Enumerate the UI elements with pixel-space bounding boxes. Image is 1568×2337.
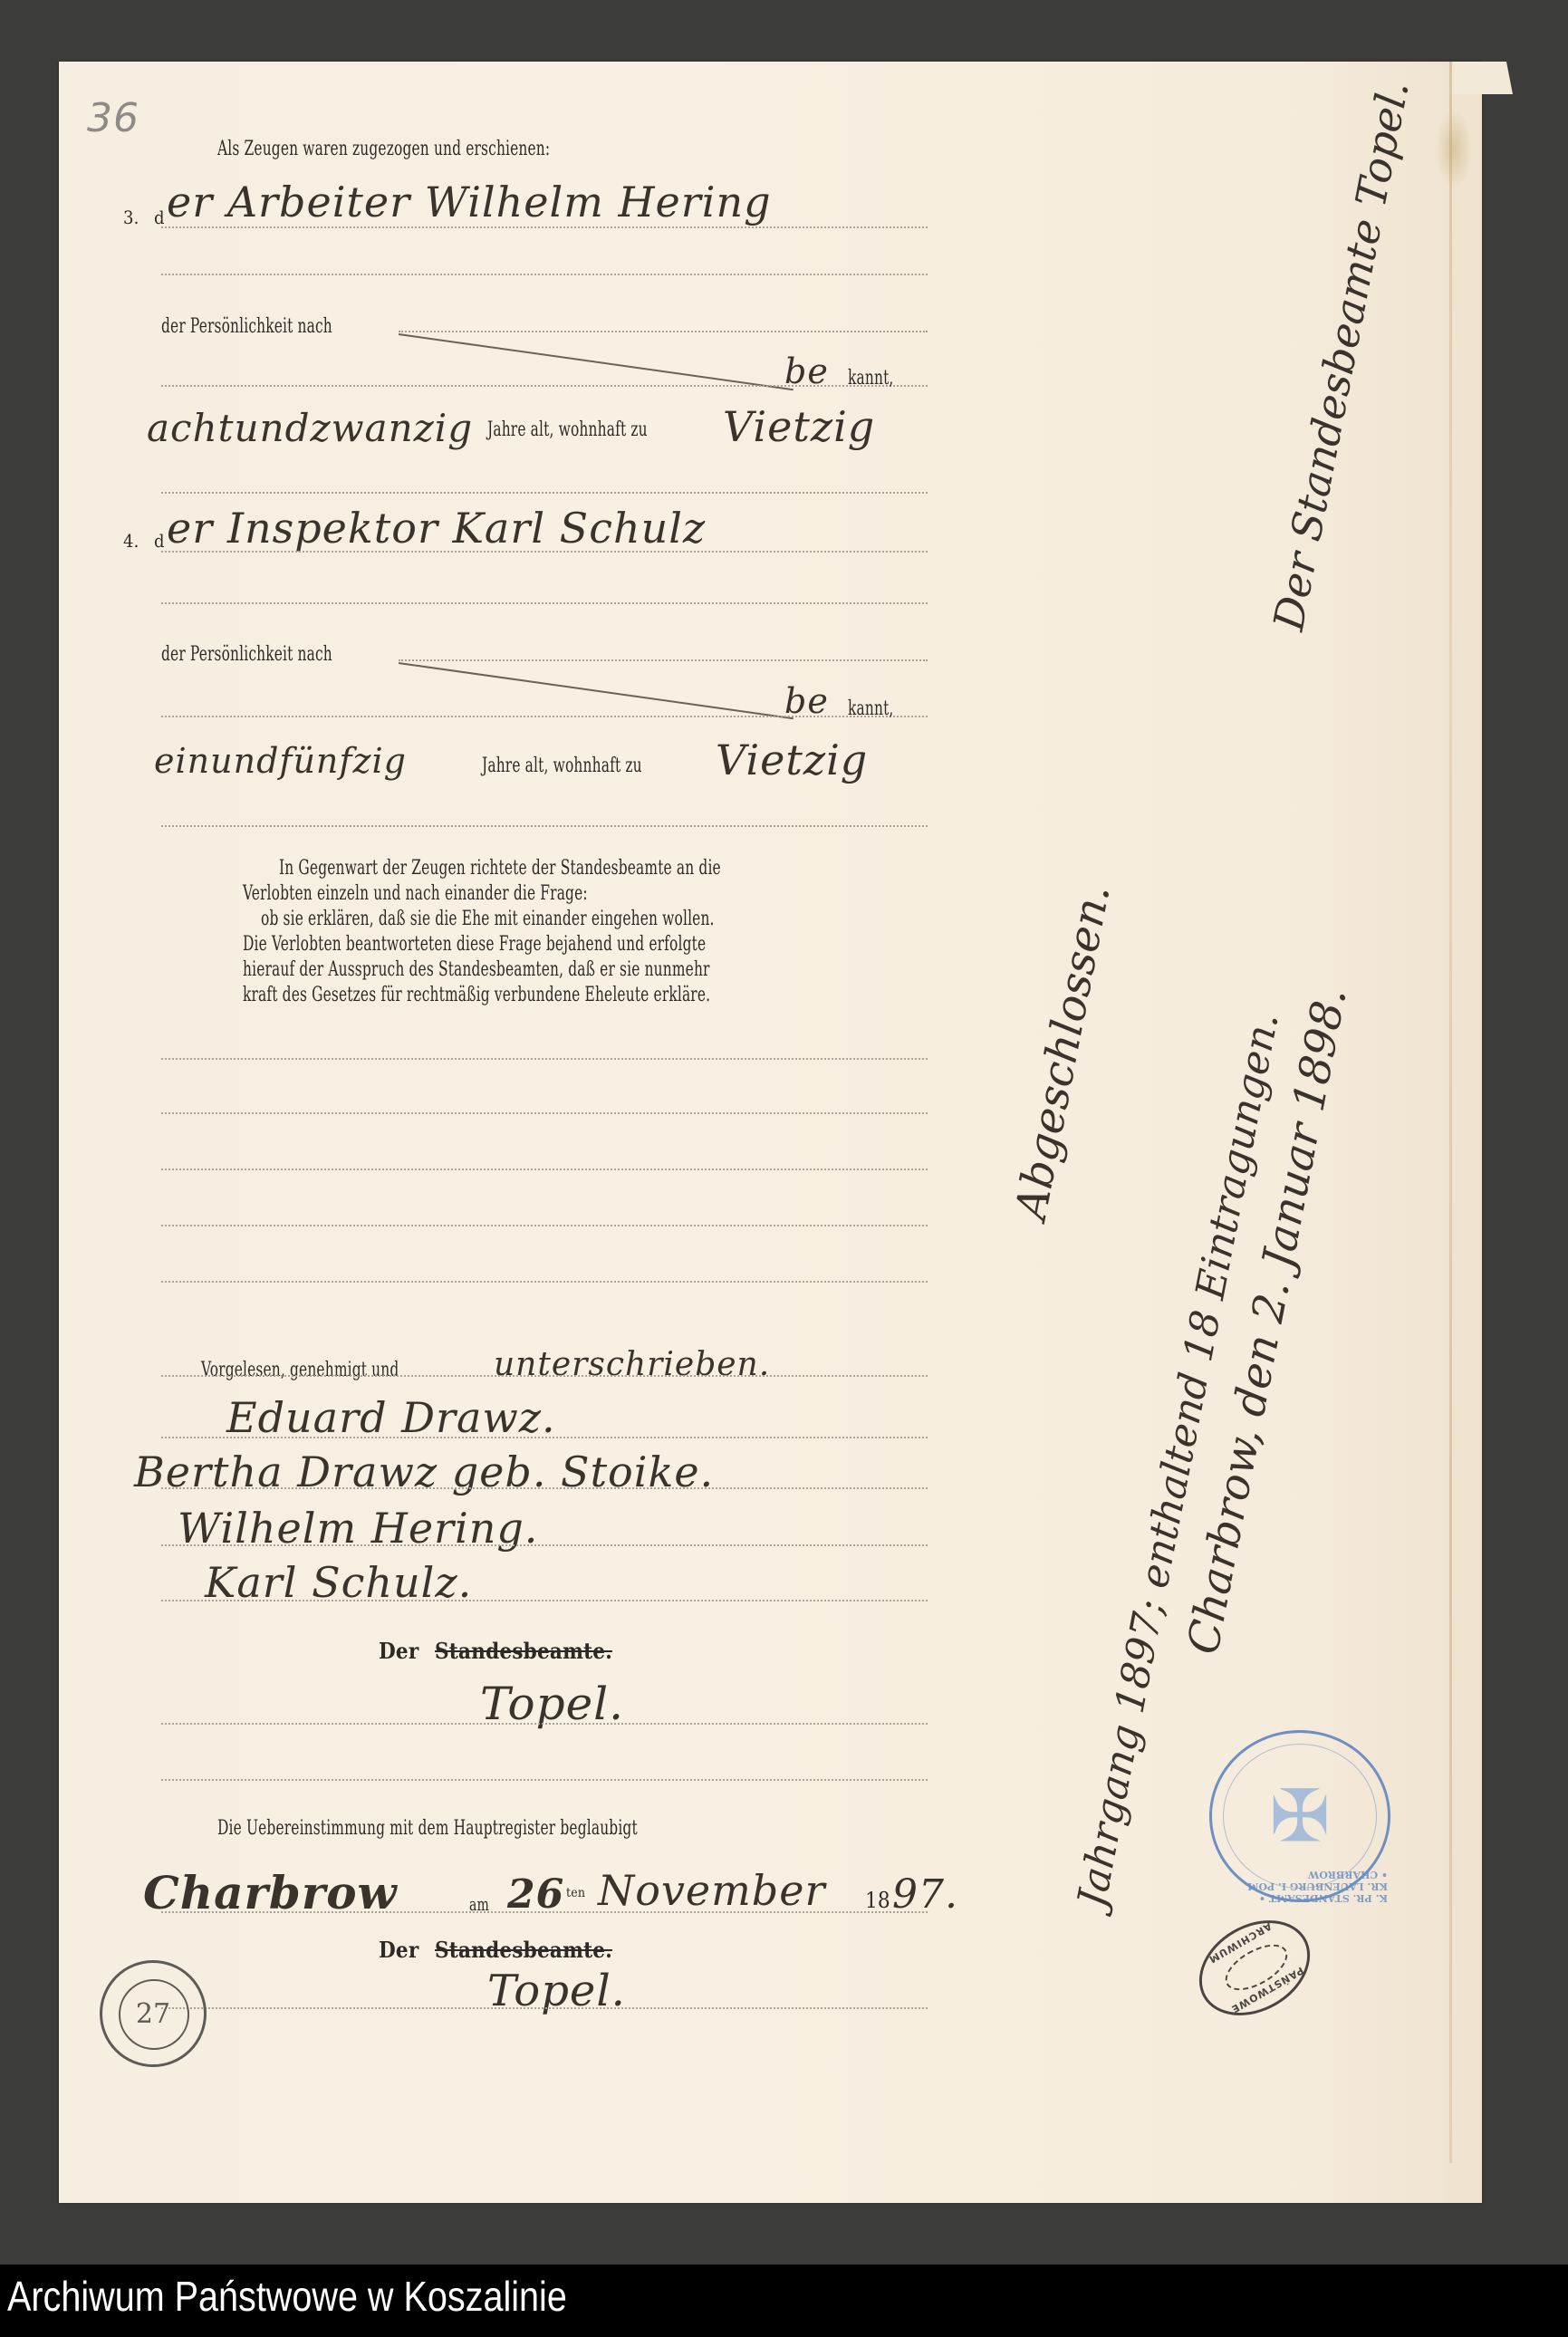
witness-4-age-label: Jahre alt, wohnhaft zu xyxy=(482,755,642,777)
archive-stamp-round: 27 ARCHIWUM PAŃSTWOWE W KOSZALINIE xyxy=(100,1960,207,2067)
rule-line xyxy=(161,1437,928,1438)
registry-stamp-blue: ✠ K. PR. STANDESAMT • KR. LAUENBURG I. P… xyxy=(1209,1730,1390,1902)
witness-3-age: achtundzwanzig xyxy=(147,406,473,450)
stamp-ring-text: K. PR. STANDESAMT • KR. LAUENBURG I. POM… xyxy=(1239,1869,1388,1904)
eagle-emblem-icon: ✠ xyxy=(1269,1774,1330,1859)
rule-line xyxy=(161,274,928,275)
paragraph-line: hierauf der Ausspruch des Standesbeamten… xyxy=(243,958,710,981)
signature-groom: Eduard Drawz. xyxy=(226,1393,556,1442)
witness-4-identity-suffix: kannt, xyxy=(848,697,893,720)
rule-line xyxy=(161,1168,928,1170)
witness-3-number: 3. xyxy=(123,207,139,228)
rule-line xyxy=(161,1281,928,1283)
footer-bar: Archiwum Państwowe w Koszalinie xyxy=(0,2265,1568,2337)
rule-line xyxy=(161,1544,928,1546)
rule-line xyxy=(161,602,928,604)
archive-name: Archiwum Państwowe w Koszalinie xyxy=(7,2272,567,2321)
witness-3-prefix: d xyxy=(154,207,165,228)
foxing-stain xyxy=(1436,109,1472,190)
witness-3-identity-hand: be xyxy=(784,351,829,391)
rule-line xyxy=(399,331,928,332)
paragraph-line: In Gegenwart der Zeugen richtete der Sta… xyxy=(279,857,721,880)
page-number: 36 xyxy=(87,95,139,141)
witness-4-name: er Inspektor Karl Schulz xyxy=(167,504,706,553)
certification-month: November xyxy=(598,1866,825,1915)
closing-hand: unterschrieben. xyxy=(494,1346,770,1383)
witness-3-identity-label: der Persönlichkeit nach xyxy=(161,315,332,338)
cert-official-title-struck: Standesbeamte. xyxy=(435,1937,612,1963)
certification-label: Die Uebereinstimmung mit dem Hauptregist… xyxy=(217,1817,638,1840)
witness-3-age-label: Jahre alt, wohnhaft zu xyxy=(487,418,648,441)
rule-line xyxy=(161,1375,928,1377)
rule-line xyxy=(161,1600,928,1601)
witness-4-identity-hand: be xyxy=(784,681,829,721)
rule-line xyxy=(161,226,928,228)
paragraph-line: Verlobten einzeln und nach einander die … xyxy=(243,882,588,905)
page-fold xyxy=(1449,62,1452,2163)
official-title-prefix: Der xyxy=(379,1638,418,1664)
rule-line xyxy=(161,1911,928,1913)
witness-4-identity-label: der Persönlichkeit nach xyxy=(161,643,332,666)
rule-line xyxy=(161,492,928,494)
witness-4-residence: Vietzig xyxy=(716,736,868,784)
witness-header: Als Zeugen waren zugezogen und erschiene… xyxy=(217,138,550,160)
paragraph-line: kraft des Gesetzes für rechtmäßig verbun… xyxy=(243,984,710,1006)
certification-ten: ten xyxy=(566,1886,585,1900)
witness-3-identity-suffix: kannt, xyxy=(848,367,893,389)
rule-line xyxy=(161,1723,928,1725)
witness-3-name: er Arbeiter Wilhelm Hering xyxy=(167,178,772,226)
cert-official-title-prefix: Der xyxy=(379,1937,418,1963)
rule-line xyxy=(399,659,928,661)
official-title-struck: Standesbeamte. xyxy=(435,1638,612,1664)
rule-line xyxy=(161,825,928,827)
rule-line xyxy=(161,1779,928,1781)
witness-3-residence: Vietzig xyxy=(723,402,875,451)
paragraph-line: Die Verlobten beantworteten diese Frage … xyxy=(243,933,706,956)
paragraph-line: ob sie erklären, daß sie die Ehe mit ein… xyxy=(261,908,715,930)
rule-line xyxy=(161,1058,928,1060)
rule-line xyxy=(161,551,928,553)
rule-line xyxy=(161,1487,928,1489)
certification-year-print: 18 xyxy=(865,1888,890,1913)
rule-line xyxy=(161,1225,928,1226)
stamp-number: 27 xyxy=(136,1998,170,2030)
page-tab xyxy=(1449,62,1513,94)
witness-4-age: einundfünfzig xyxy=(154,741,407,781)
closing-label: Vorgelesen, genehmigt und xyxy=(201,1359,399,1381)
rule-line xyxy=(161,2007,928,2009)
witness-4-number: 4. xyxy=(123,530,139,552)
rule-line xyxy=(161,1112,928,1114)
witness-4-prefix: d xyxy=(154,530,165,552)
